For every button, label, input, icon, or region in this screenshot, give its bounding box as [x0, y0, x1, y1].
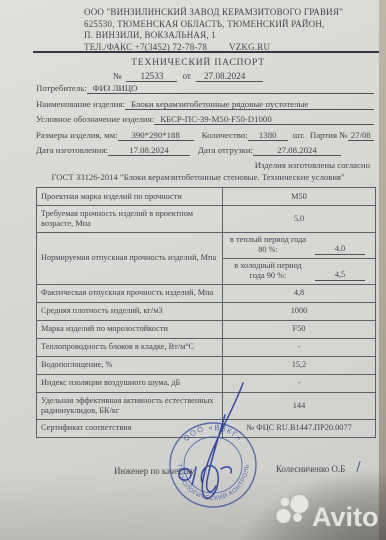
- dimensions-value: 390*290*188: [118, 130, 194, 141]
- row-label: Фактическая отпускная прочность изделий,…: [37, 285, 223, 302]
- company-seal-stamp: ООО «ВЗКГ» ТЕХНОЛОГИЧЕСКИЙ КОНТРОЛЬ: [151, 377, 279, 513]
- row-value: F50: [223, 321, 375, 338]
- table-row: Теплопроводность блоков в кладке, Вт/м°С…: [37, 339, 375, 357]
- letterhead: ООО "ВИНЗИЛИНСКИЙ ЗАВОД КЕРАМЗИТОВОГО ГР…: [84, 7, 343, 53]
- table-subrow: в холодный период года 90 %:4,5: [223, 259, 375, 284]
- avito-watermark-text: Avito: [312, 502, 379, 532]
- designation-value: КБСР-ПС-39-М50-F50-D1000: [154, 114, 374, 125]
- avito-logo-icon: [277, 495, 309, 523]
- document-date: 27.08.2024: [196, 71, 263, 82]
- row-value: -: [223, 339, 375, 356]
- row-label: Марка изделий по морозостойкости: [37, 321, 223, 338]
- subrow-label: в теплый период года 80 %:: [228, 235, 308, 255]
- batch-value: 27/08: [348, 130, 374, 141]
- standard-note-line1: Изделия изготовлены согласно: [255, 160, 370, 170]
- mfg-date-label: Дата изготовления:: [36, 145, 108, 155]
- ship-date-label: Дата отгрузки:: [198, 145, 253, 155]
- product-name-row: Наименование изделия: Блоки керамзитобет…: [36, 99, 374, 115]
- row-label: Средняя плотность изделий, кг/м3: [37, 303, 223, 320]
- table-subrow: в теплый период года 80 %:4,0: [223, 233, 375, 259]
- company-name: ООО "ВИНЗИЛИНСКИЙ ЗАВОД КЕРАМЗИТОВОГО ГР…: [84, 7, 343, 19]
- table-row: Средняя плотность изделий, кг/м31000: [37, 303, 375, 321]
- consumer-label: Потребитель:: [36, 83, 87, 93]
- row-label: Требуемая прочность изделий в проектном …: [37, 206, 223, 232]
- table-row: Требуемая прочность изделий в проектном …: [37, 206, 375, 233]
- number-prefix: №: [113, 71, 122, 81]
- photo-edge-strip: [379, 0, 386, 540]
- row-value: 1000: [223, 303, 375, 320]
- row-value: 5,0: [223, 206, 375, 232]
- dimensions-row: Размеры изделия, мм: 390*290*188 Количес…: [36, 130, 374, 146]
- row-value: в теплый период года 80 %:4,0в холодный …: [223, 233, 375, 284]
- designation-label: Условное обозначение изделия:: [36, 114, 154, 124]
- document-photo: ООО "ВИНЗИЛИНСКИЙ ЗАВОД КЕРАМЗИТОВОГО ГР…: [0, 0, 386, 540]
- document-number: 12533: [126, 71, 177, 82]
- company-address-line1: 625530, ТЮМЕНСКАЯ ОБЛАСТЬ, ТЮМЕНСКИЙ РАЙ…: [84, 19, 343, 31]
- quantity-value: 1380: [248, 130, 288, 141]
- product-name-label: Наименование изделия:: [36, 99, 125, 109]
- company-address-line2: П. ВИНЗИЛИ, ВОКЗАЛЬНАЯ, 1: [84, 30, 343, 42]
- batch-label: Партия №: [310, 130, 348, 140]
- table-row: Фактическая отпускная прочность изделий,…: [37, 285, 375, 303]
- consumer-value: ФИЗ ЛИЦО: [87, 83, 374, 94]
- document-title: ТЕХНИЧЕСКИЙ ПАСПОРТ: [30, 57, 366, 68]
- signature-tick: [356, 461, 361, 472]
- document-number-line: № 12533 от 27.08.2024: [30, 71, 346, 82]
- subrow-value: 4,0: [315, 244, 365, 255]
- row-label: Водопоглощение, %: [37, 357, 223, 374]
- quantity-label: Количество:: [202, 130, 248, 140]
- stamp-text-top: ООО «ВЗКГ»: [182, 423, 245, 443]
- dimensions-label: Размеры изделия, мм:: [36, 130, 118, 140]
- row-value: М50: [223, 188, 375, 205]
- mfg-date-value: 17.08.2024: [108, 145, 190, 156]
- table-row: Марка изделий по морозостойкостиF50: [37, 321, 375, 339]
- row-label: Нормируемая отпускная прочность изделий,…: [37, 233, 223, 284]
- consumer-row: Потребитель: ФИЗ ЛИЦО: [36, 83, 374, 99]
- row-value: 15,2: [223, 357, 375, 374]
- engineer-name: Колесниченко О.Б: [276, 464, 345, 474]
- row-label: Проектная марка изделий по прочности: [37, 188, 223, 205]
- ship-date-value: 27.08.2024: [253, 145, 341, 156]
- avito-watermark: Avito: [271, 493, 379, 535]
- subrow-label: в холодный период года 90 %:: [228, 261, 308, 281]
- subrow-value: 4,5: [315, 270, 365, 281]
- header-divider: [33, 51, 386, 53]
- table-row: Водопоглощение, %15,2: [37, 357, 375, 375]
- quantity-unit: шт.: [293, 130, 305, 140]
- row-value: 4,8: [223, 285, 375, 302]
- standard-note-line2: ГОСТ 33126-2014 "Блоки керамзитобетонные…: [20, 172, 376, 182]
- designation-row: Условное обозначение изделия: КБСР-ПС-39…: [36, 114, 374, 130]
- form-fields: Потребитель: ФИЗ ЛИЦО Наименование издел…: [36, 83, 374, 161]
- table-row: Нормируемая отпускная прочность изделий,…: [37, 233, 375, 285]
- dates-row: Дата изготовления: 17.08.2024 Дата отгру…: [36, 145, 374, 161]
- table-row: Проектная марка изделий по прочностиМ50: [37, 188, 375, 206]
- row-label: Теплопроводность блоков в кладке, Вт/м°С: [37, 339, 223, 356]
- date-word: от: [182, 71, 191, 81]
- product-name-value: Блоки керамзитобетонные рядовые пустотел…: [125, 99, 374, 110]
